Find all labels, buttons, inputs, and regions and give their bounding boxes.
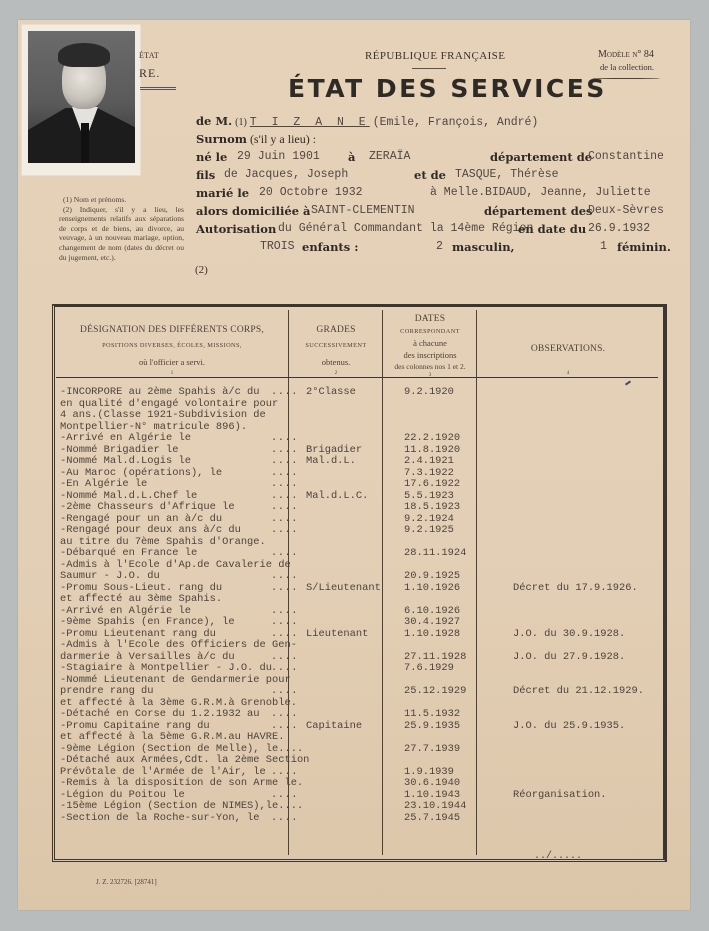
page-title: ÉTAT DES SERVICES — [288, 74, 607, 103]
leader-dots: .... — [271, 663, 298, 675]
form-model-number: Modèle n° 84 — [598, 49, 654, 60]
date-cell: 23.10.1944 — [404, 801, 466, 813]
table-row: -9ème Spahis (en France), le....30.4.192… — [60, 617, 650, 629]
leader-dots: .... — [271, 456, 298, 468]
date-cell: 1.10.1926 — [404, 583, 460, 595]
feminin-count-value: 1 — [600, 240, 607, 253]
table-row: -Stagiaire à Montpellier - J.O. du....7.… — [60, 663, 650, 675]
table-row: -Débarqué en France le....28.11.1924 — [60, 548, 650, 560]
surname-value: T I Z A N E — [250, 116, 370, 129]
footnote-ref-1: (1) — [235, 117, 247, 128]
table-row: Saumur - J.O. du....20.9.1925 — [60, 571, 650, 583]
designation-cell: -Section de la Roche-sur-Yon, le — [60, 813, 260, 825]
children-count-value: TROIS — [260, 240, 295, 253]
designation-cell: -Remis à la disposition de son Arme le. — [60, 778, 303, 790]
masculin-count-value: 2 — [436, 240, 443, 253]
designation-cell: -Rengagé pour deux ans à/c du — [60, 525, 241, 537]
table-row: -2ème Chasseurs d'Afrique le....18.5.192… — [60, 502, 650, 514]
mother-value: TASQUE, Thérèse — [455, 168, 559, 181]
birth-place-value: ZERAÏA — [369, 150, 410, 163]
portrait-photo — [21, 24, 141, 176]
header-etat-fragment: ÉTAT — [139, 51, 159, 60]
table-row: -Détaché aux Armées,Cdt. la 2ème Section — [60, 755, 650, 767]
date-cell: 25.7.1945 — [404, 813, 460, 825]
enfants-label: enfants : — [302, 240, 358, 254]
ne-le-label: né le — [196, 150, 227, 164]
designation-cell: Saumur - J.O. du — [60, 571, 160, 583]
date-cell: 17.6.1922 — [404, 479, 460, 491]
table-row: et affecté à la 5ème G.R.M.au HAVRE. — [60, 732, 650, 744]
date-cell: 22.2.1920 — [404, 433, 460, 445]
republique-divider — [412, 68, 446, 69]
designation-cell: -INCORPORE au 2ème Spahis à/c du — [60, 387, 260, 399]
date-cell: 30.4.1927 — [404, 617, 460, 629]
table-row: prendre rang du....25.12.1929Décret du 2… — [60, 686, 650, 698]
table-row: -Arrivé en Algérie le....22.2.1920 — [60, 433, 650, 445]
designation-cell: -Nommé Mal.d.Logis le — [60, 456, 191, 468]
designation-cell: -Détaché aux Armées,Cdt. la 2ème Section — [60, 755, 309, 767]
autorisation-label: Autorisation — [196, 222, 276, 236]
surnom-hint: (s'il y a lieu) : — [250, 132, 316, 146]
observation-cell: Réorganisation. — [513, 790, 607, 802]
grade-cell: Capitaine — [306, 721, 362, 733]
grade-cell: Mal.d.L. — [306, 456, 356, 468]
grade-cell: Lieutenant — [306, 629, 368, 641]
observation-cell: J.O. du 30.9.1928. — [513, 629, 625, 641]
departement-de-label: département de — [490, 150, 592, 164]
leader-dots: .... — [271, 525, 298, 537]
de-m-label: de M. — [196, 114, 232, 128]
table-row: -Section de la Roche-sur-Yon, le....25.7… — [60, 813, 650, 825]
table-row: -Rengagé pour deux ans à/c du....9.2.192… — [60, 525, 650, 537]
surnom-field: Surnom (s'il y a lieu) : — [196, 132, 316, 147]
autorisation-value: du Général Commandant la 14ème Région — [278, 222, 533, 235]
designation-cell: -Arrivé en Algérie le — [60, 433, 191, 445]
table-row: -En Algérie le....17.6.1922 — [60, 479, 650, 491]
leader-dots: .... — [271, 709, 298, 721]
leader-dots: .... — [271, 387, 298, 399]
designation-cell: et affecté au 3ème Spahis. — [60, 594, 222, 606]
leader-dots: .... — [271, 583, 298, 595]
table-body: -INCORPORE au 2ème Spahis à/c du....2°Cl… — [60, 387, 650, 824]
a-label: à — [348, 150, 355, 164]
footnote-ref-2: (2) — [195, 264, 208, 276]
birth-date-value: 29 Juin 1901 — [237, 150, 320, 163]
leader-dots: .... — [271, 502, 298, 514]
grade-cell: S/Lieutenant — [306, 583, 381, 595]
spouse-value: BIDAUD, Jeanne, Juliette — [485, 186, 651, 199]
column-header-grades: GRADES SUCCESSIVEMENT obtenus. 2 — [290, 322, 382, 378]
marie-le-label: marié le — [196, 186, 249, 200]
date-cell: 11.5.1932 — [404, 709, 460, 721]
spouse-prefix: à Melle. — [430, 186, 485, 199]
observation-cell: Décret du 17.9.1926. — [513, 583, 638, 595]
grade-cell: Mal.d.L.C. — [306, 491, 368, 503]
footnote-1: (1) Nom et prénoms. — [59, 195, 184, 205]
domicile-departement-value: Deux-Sèvres — [588, 204, 664, 217]
grade-cell: 2°Classe — [306, 387, 356, 399]
table-row: -15ème Légion (Section de NIMES),le....2… — [60, 801, 650, 813]
domicile-label: alors domiciliée à — [196, 204, 310, 218]
designation-cell: -Stagiaire à Montpellier - J.O. du — [60, 663, 272, 675]
date-cell: 28.11.1924 — [404, 548, 466, 560]
fils-label: fils — [196, 168, 215, 182]
date-cell: 7.6.1929 — [404, 663, 454, 675]
header-re-fragment: RE. — [139, 66, 160, 81]
leader-dots: .... — [271, 433, 298, 445]
leader-dots: .... — [271, 571, 298, 583]
designation-cell: -2ème Chasseurs d'Afrique le — [60, 502, 235, 514]
date-cell: 30.6.1940 — [404, 778, 460, 790]
observation-cell: J.O. du 25.9.1935. — [513, 721, 625, 733]
date-cell: 1.10.1928 — [404, 629, 460, 641]
date-cell: 9.2.1920 — [404, 387, 454, 399]
departement-des-label: département des — [484, 204, 593, 218]
continuation-mark: ../..... — [534, 851, 582, 862]
table-row: -Admis à l'Ecole des Officiers de Gen- — [60, 640, 650, 652]
date-cell: 25.9.1935 — [404, 721, 460, 733]
header-divider — [140, 87, 176, 90]
printer-reference: J. Z. 232726. [28741] — [96, 878, 157, 886]
table-row: 4 ans.(Classe 1921-Subdivision de — [60, 410, 650, 422]
table-row: -Au Maroc (opérations), le....7.3.1922 — [60, 468, 650, 480]
leader-dots: .... — [271, 617, 298, 629]
father-value: de Jacques, Joseph — [224, 168, 348, 181]
observation-cell: J.O. du 27.9.1928. — [513, 652, 625, 664]
given-names-value: (Emile, François, André) — [373, 116, 539, 129]
table-row: -Remis à la disposition de son Arme le.3… — [60, 778, 650, 790]
observation-cell: Décret du 21.12.1929. — [513, 686, 644, 698]
domicile-value: SAINT-CLEMENTIN — [311, 204, 415, 217]
date-cell: 25.12.1929 — [404, 686, 466, 698]
leader-dots: .... — [271, 479, 298, 491]
form-collection: de la collection. — [600, 62, 654, 72]
date-cell: 9.2.1925 — [404, 525, 454, 537]
surnom-label: Surnom — [196, 132, 247, 146]
designation-cell: -15ème Légion (Section de NIMES),le.... — [60, 801, 303, 813]
designation-cell: -9ème Spahis (en France), le — [60, 617, 235, 629]
designation-cell: et affecté à la 5ème G.R.M.au HAVRE. — [60, 732, 284, 744]
designation-cell: prendre rang du — [60, 686, 154, 698]
date-cell: 2.4.1921 — [404, 456, 454, 468]
birth-field: né le — [196, 150, 227, 165]
designation-cell: -Débarqué en France le — [60, 548, 197, 560]
designation-cell: -Détaché en Corse du 1.2.1932 au — [60, 709, 260, 721]
en-date-du-label: en date du — [518, 222, 586, 236]
leader-dots: .... — [271, 686, 298, 698]
footnotes: (1) Nom et prénoms. (2) Indiquer, s'il y… — [59, 195, 184, 262]
date-cell: 20.9.1925 — [404, 571, 460, 583]
birth-departement-value: Constantine — [588, 150, 664, 163]
autorisation-date-value: 26.9.1932 — [588, 222, 650, 235]
column-header-dates: DATES CORRESPONDANT à chacune des inscri… — [384, 313, 476, 380]
footnote-2: (2) Indiquer, s'il y a lieu, les renseig… — [59, 205, 184, 263]
designation-cell: -En Algérie le — [60, 479, 147, 491]
name-field: de M. (1) T I Z A N E (Emile, François, … — [196, 114, 538, 129]
designation-cell: -Admis à l'Ecole des Officiers de Gen- — [60, 640, 297, 652]
table-row: -Nommé Mal.d.Logis le....Mal.d.L.2.4.192… — [60, 456, 650, 468]
masculin-label: masculin, — [452, 240, 515, 254]
feminin-label: féminin. — [617, 240, 671, 254]
et-de-label: et de — [414, 168, 446, 182]
leader-dots: .... — [271, 548, 298, 560]
designation-cell: 4 ans.(Classe 1921-Subdivision de — [60, 410, 266, 422]
date-cell: 27.7.1939 — [404, 744, 460, 756]
republique-francaise: RÉPUBLIQUE FRANÇAISE — [365, 50, 505, 62]
table-row: -INCORPORE au 2ème Spahis à/c du....2°Cl… — [60, 387, 650, 399]
marriage-date-value: 20 Octobre 1932 — [259, 186, 363, 199]
date-cell: 18.5.1923 — [404, 502, 460, 514]
table-row: -Détaché en Corse du 1.2.1932 au....11.5… — [60, 709, 650, 721]
column-header-designation: DÉSIGNATION DES DIFFÉRENTS CORPS, POSITI… — [58, 322, 286, 378]
table-row: et affecté au 3ème Spahis. — [60, 594, 650, 606]
column-header-observations: OBSERVATIONS. 4 — [478, 341, 658, 378]
leader-dots: .... — [271, 813, 298, 825]
